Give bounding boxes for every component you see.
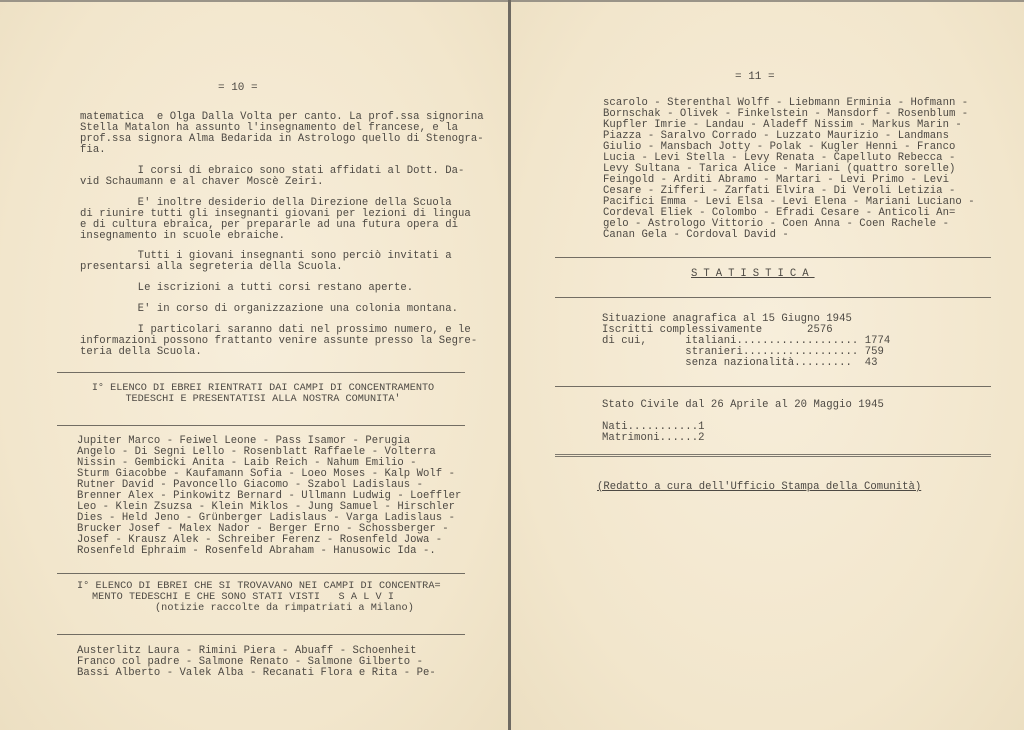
text-line: presentarsi alla segreteria della Scuola… (80, 262, 343, 273)
text-line: vid Schaumann e al chaver Moscè Zeiri. (80, 177, 323, 188)
divider (57, 425, 465, 426)
text-line: di riunire tutti gli insegnanti giovani … (80, 209, 471, 220)
name-line: Franco col padre - Salmone Renato - Salm… (77, 657, 423, 668)
text-line: matematica e Olga Dalla Volta per canto.… (80, 112, 484, 123)
stat-line: Iscritti complessivamente 2576 (602, 325, 833, 336)
divider (555, 297, 991, 298)
name-line: Bornschak - Olivek - Finkelstein - Mansd… (603, 109, 968, 120)
stat-line: stranieri.................. 759 (602, 347, 884, 358)
text-line: I corsi di ebraico sono stati affidati a… (80, 166, 464, 177)
name-line: Canan Gela - Cordoval David - (603, 230, 789, 241)
name-line: Lucia - Levi Stella - Levy Renata - Cape… (603, 153, 955, 164)
text-line: e di cultura ebraica, per prepararle ad … (80, 220, 458, 231)
editorial-credit: (Redatto a cura dell'Ufficio Stampa dell… (597, 481, 921, 493)
divider (57, 372, 465, 373)
paragraph-summer-camp: E' in corso di organizzazione una coloni… (80, 304, 458, 315)
text-line: I particolari saranno dati nel prossimo … (80, 325, 471, 336)
heading-line: I° ELENCO DI EBREI RIENTRATI DAI CAMPI D… (78, 383, 448, 394)
divider (57, 573, 465, 574)
name-line: Rosenfeld Ephraim - Rosenfeld Abraham - … (77, 546, 436, 557)
name-line: Angelo - Di Segni Lello - Rosenblatt Raf… (77, 447, 436, 458)
heading-line: (notizie raccolte da rimpatriati a Milan… (155, 604, 414, 615)
heading-line: I° ELENCO DI EBREI CHE SI TROVAVANO NEI … (77, 582, 441, 593)
name-line: Brenner Alex - Pinkowitz Bernard - Ullma… (77, 491, 461, 502)
statistica-title: STATISTICA (691, 268, 815, 280)
text-line: teria della Scuola. (80, 347, 202, 358)
heading-line: TEDESCHI E PRESENTATISI ALLA NOSTRA COMU… (78, 394, 448, 405)
name-line: Sturm Giacobbe - Kaufamann Sofia - Loeo … (77, 469, 455, 480)
text-line: E' inoltre desiderio della Direzione del… (80, 198, 452, 209)
divider (555, 257, 991, 258)
name-line: Nissin - Gembicki Anita - Laib Reich - N… (77, 458, 417, 469)
name-line: Josef - Krausz Alek - Schreiber Ferenz -… (77, 535, 442, 546)
name-line: Rutner David - Pavoncello Giacomo - Szab… (77, 480, 423, 491)
name-line: Piazza - Saralvo Corrado - Luzzato Mauri… (603, 131, 949, 142)
text-line: insegnamento in scuole ebraiche. (80, 231, 285, 242)
right-page: = 11 = scarolo - Sterenthal Wolff - Lieb… (511, 2, 1024, 730)
text-line: prof.ssa signora Alma Bedarida in Astrol… (80, 134, 484, 145)
page-number: = 10 = (218, 82, 258, 94)
stat-line: Matrimoni......2 (602, 433, 705, 444)
double-divider (555, 454, 991, 457)
name-line: Leo - Klein Zsuzsa - Klein Miklos - Jung… (77, 502, 455, 513)
name-line: Jupiter Marco - Feiwel Leone - Pass Isam… (77, 436, 410, 447)
name-line: Cordeval Eliek - Colombo - Efradi Cesare… (603, 208, 955, 219)
scanned-document-spread: = 10 = matematica e Olga Dalla Volta per… (0, 0, 1024, 730)
divider (555, 386, 991, 387)
divider (57, 634, 465, 635)
name-line: gelo - Astrologo Vittorio - Coen Anna - … (603, 219, 949, 230)
name-line: Austerlitz Laura - Rimini Piera - Abuaff… (77, 646, 417, 657)
text-line: informazioni possono frattanto venire as… (80, 336, 477, 347)
stat-line: Nati...........1 (602, 422, 705, 433)
stat-line: di cui, italiani................... 1774 (602, 336, 890, 347)
name-line: Dies - Held Jeno - Grünberger Ladislaus … (77, 513, 455, 524)
heading-line: MENTO TEDESCHI E CHE SONO STATI VISTI S … (92, 593, 394, 604)
text-line: Stella Matalon ha assunto l'insegnamento… (80, 123, 458, 134)
name-line: Kupfler Imrie - Landau - Aladeff Nissim … (603, 120, 962, 131)
name-line: Brucker Josef - Malex Nador - Berger Ern… (77, 524, 449, 535)
stat-line: Situazione anagrafica al 15 Giugno 1945 (602, 314, 852, 325)
name-line: scarolo - Sterenthal Wolff - Liebmann Er… (603, 98, 968, 109)
stat-line: senza nazionalità......... 43 (602, 358, 878, 369)
name-line: Bassi Alberto - Valek Alba - Recanati Fl… (77, 668, 436, 679)
paragraph-enrollment: Le iscrizioni a tutti corsi restano aper… (80, 283, 413, 294)
name-line: Giulio - Mansbach Jotty - Polak - Kugler… (603, 142, 955, 153)
left-page: = 10 = matematica e Olga Dalla Volta per… (0, 2, 508, 730)
text-line: Tutti i giovani insegnanti sono perciò i… (80, 251, 452, 262)
page-number: = 11 = (735, 71, 775, 83)
name-line: Levy Sultana - Tarica Alice - Mariani (q… (603, 164, 955, 175)
stato-civile-heading: Stato Civile dal 26 Aprile al 20 Maggio … (602, 400, 884, 411)
name-line: Feingold - Arditi Abramo - Martari - Lev… (603, 175, 949, 186)
name-line: Cesare - Zifferi - Zarfati Elvira - Di V… (603, 186, 955, 197)
text-line: fia. (80, 145, 106, 156)
name-line: Pacifici Emma - Levi Elsa - Levi Elena -… (603, 197, 975, 208)
